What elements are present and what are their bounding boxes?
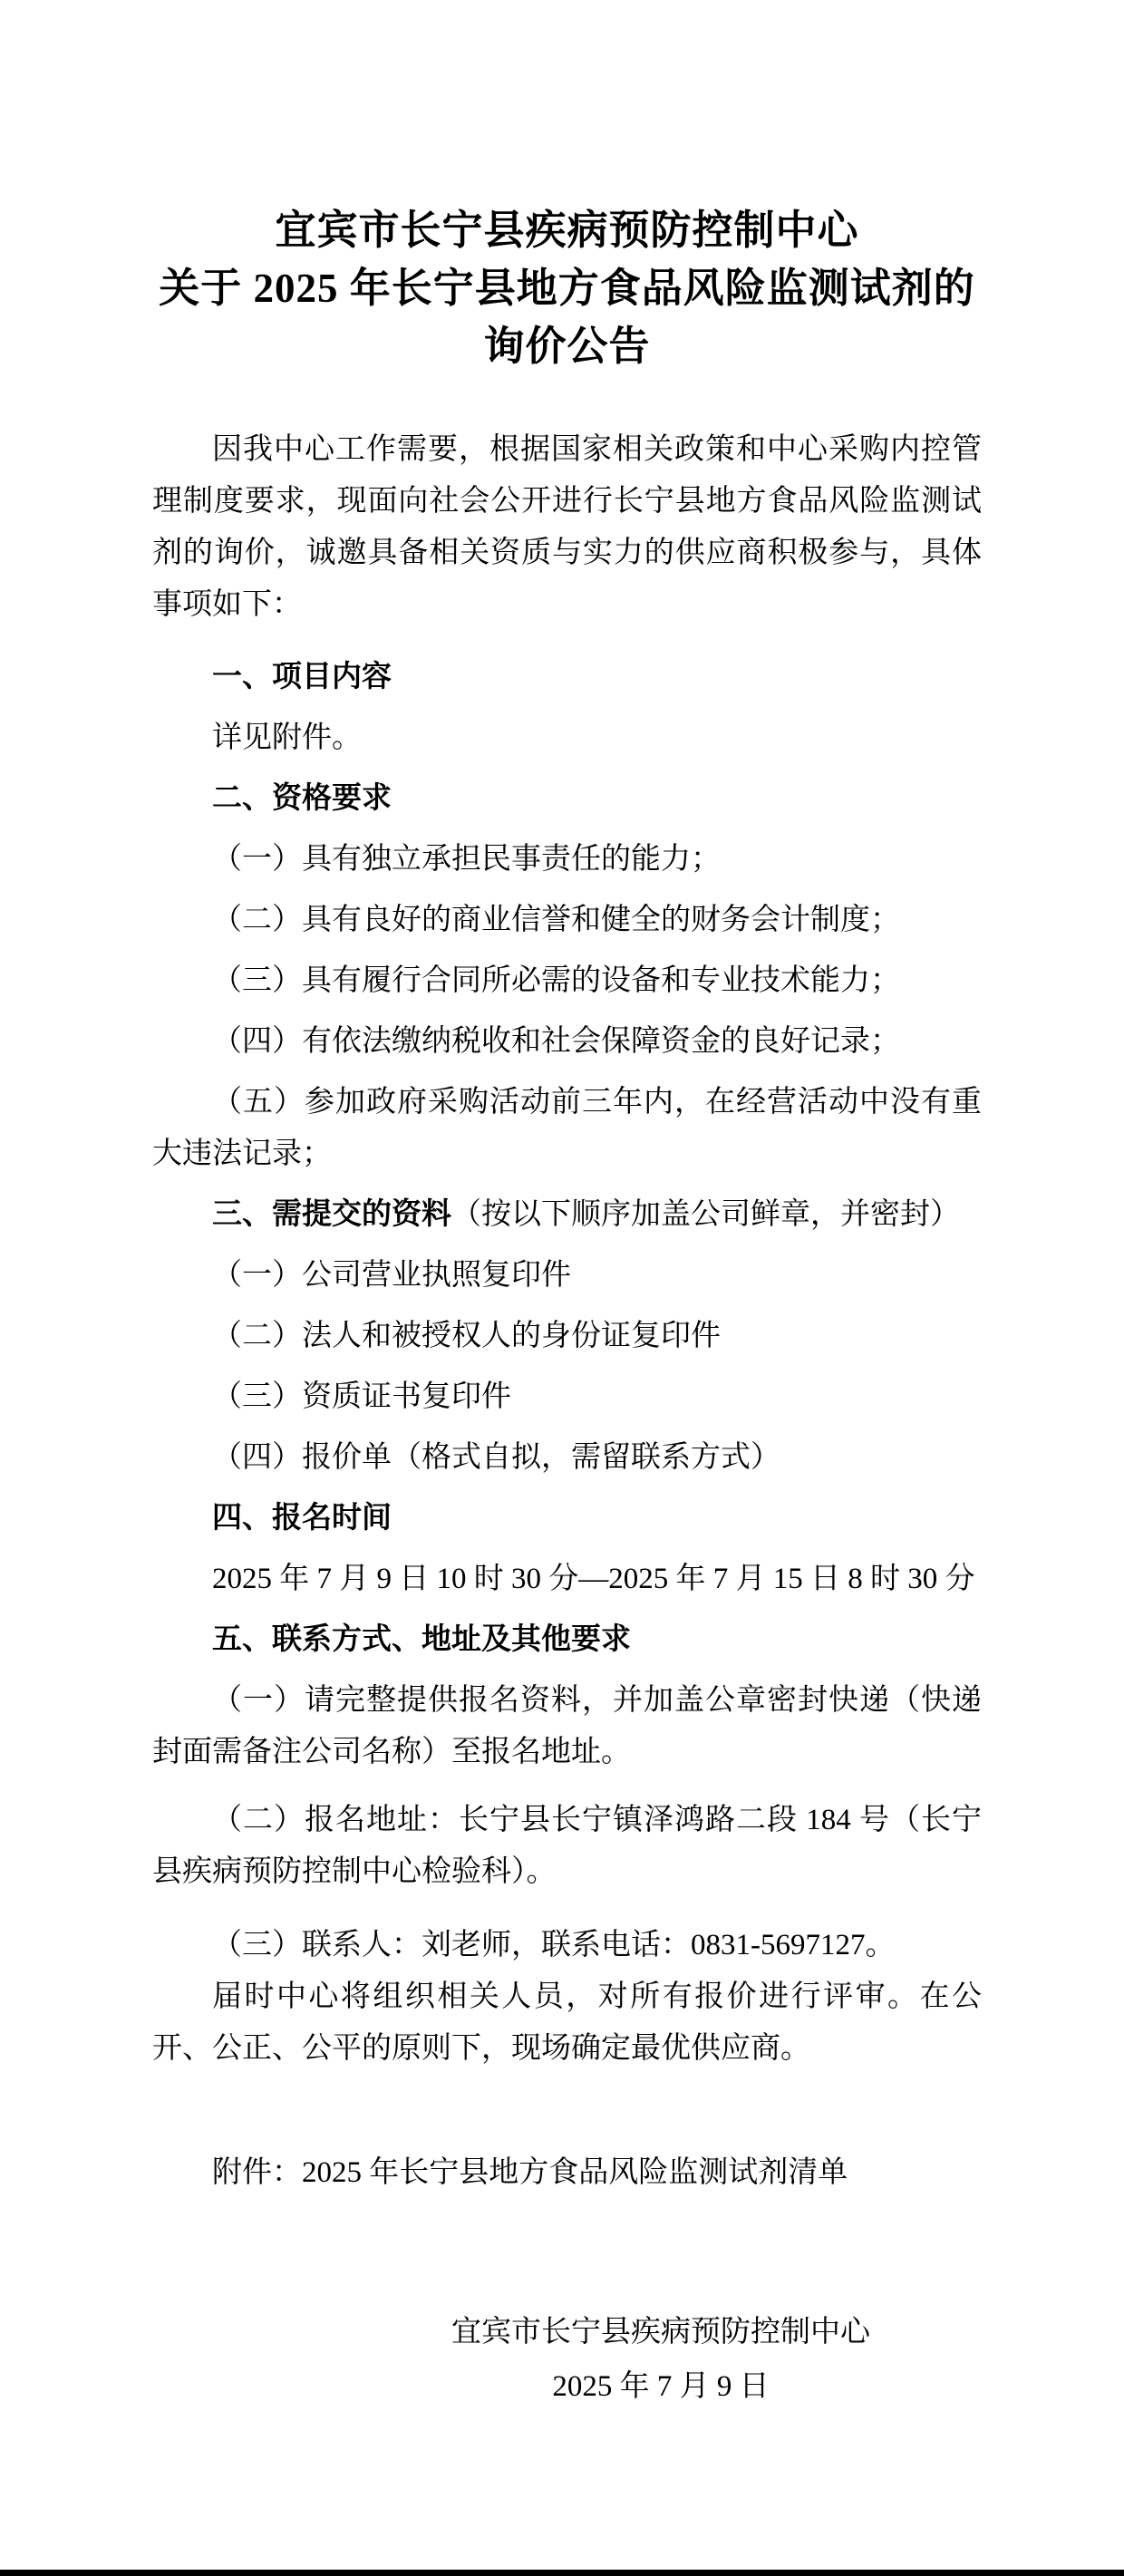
contact-info: （三）联系人：刘老师，联系电话：0831-5697127。 — [152, 1907, 982, 1971]
doc-paragraph: （五）参加政府采购活动前三年内，在经营活动中没有重大违法记录； — [152, 1077, 982, 1180]
signature-org: 宜宾市长宁县疾病预防控制中心 — [451, 2305, 870, 2359]
registration-time: 2025 年 7 月 9 日 10 时 30 分—2025 年 7 月 15 日… — [152, 1554, 982, 1605]
signature-date: 2025 年 7 月 9 日 — [451, 2359, 870, 2414]
doc-paragraph: （一）具有独立承担民事责任的能力； — [152, 834, 982, 886]
section-heading-3-bold: 三、需提交的资料 — [212, 1198, 451, 1231]
document-page: 宜宾市长宁县疾病预防控制中心 关于 2025 年长宁县地方食品风险监测试剂的 询… — [0, 0, 1124, 2576]
bottom-border-bar — [0, 2570, 1124, 2576]
registration-address: （二）报名地址：长宁县长宁镇泽鸿路二段 184 号（长宁县疾病预防控制中心检验科… — [152, 1787, 982, 1898]
section-heading-2: 二、资格要求 — [152, 773, 982, 825]
section-heading-4: 四、报名时间 — [152, 1493, 982, 1545]
section-heading-3: 三、需提交的资料（按以下顺序加盖公司鲜章，并密封） — [152, 1189, 982, 1241]
section-heading-5: 五、联系方式、地址及其他要求 — [152, 1614, 982, 1666]
doc-paragraph: 届时中心将组织相关人员，对所有报价进行评审。在公开、公正、公平的原则下，现场确定… — [152, 1971, 982, 2075]
section-heading-1: 一、项目内容 — [152, 652, 982, 703]
title-line-3: 询价公告 — [152, 317, 982, 375]
doc-paragraph: （三）资质证书复印件 — [152, 1371, 982, 1423]
doc-paragraph: （二）法人和被授权人的身份证复印件 — [152, 1311, 982, 1362]
doc-paragraph: （四）有依法缴纳税收和社会保障资金的良好记录； — [152, 1016, 982, 1068]
doc-paragraph: 详见附件。 — [152, 712, 982, 764]
intro-paragraph: 因我中心工作需要，根据国家相关政策和中心采购内控管理制度要求，现面向社会公开进行… — [152, 424, 982, 631]
doc-paragraph: （四）报价单（格式自拟，需留联系方式） — [152, 1432, 982, 1484]
signature-block: 宜宾市长宁县疾病预防控制中心 2025 年 7 月 9 日 — [451, 2305, 870, 2414]
document-body: 因我中心工作需要，根据国家相关政策和中心采购内控管理制度要求，现面向社会公开进行… — [152, 424, 982, 2199]
doc-paragraph: （一）请完整提供报名资料，并加盖公章密封快递（快递封面需备注公司名称）至报名地址… — [152, 1675, 982, 1778]
title-line-2: 关于 2025 年长宁县地方食品风险监测试剂的 — [152, 259, 982, 317]
section-heading-3-note: （按以下顺序加盖公司鲜章，并密封） — [451, 1198, 960, 1231]
doc-paragraph: （三）具有履行合同所必需的设备和专业技术能力； — [152, 955, 982, 1007]
doc-paragraph: （一）公司营业执照复印件 — [152, 1250, 982, 1302]
attachment-line: 附件：2025 年长宁县地方食品风险监测试剂清单 — [152, 2147, 982, 2199]
document-content: 宜宾市长宁县疾病预防控制中心 关于 2025 年长宁县地方食品风险监测试剂的 询… — [0, 0, 1124, 2414]
doc-paragraph: （二）具有良好的商业信誉和健全的财务会计制度； — [152, 895, 982, 946]
document-title: 宜宾市长宁县疾病预防控制中心 关于 2025 年长宁县地方食品风险监测试剂的 询… — [152, 201, 982, 375]
title-line-1: 宜宾市长宁县疾病预防控制中心 — [152, 201, 982, 259]
